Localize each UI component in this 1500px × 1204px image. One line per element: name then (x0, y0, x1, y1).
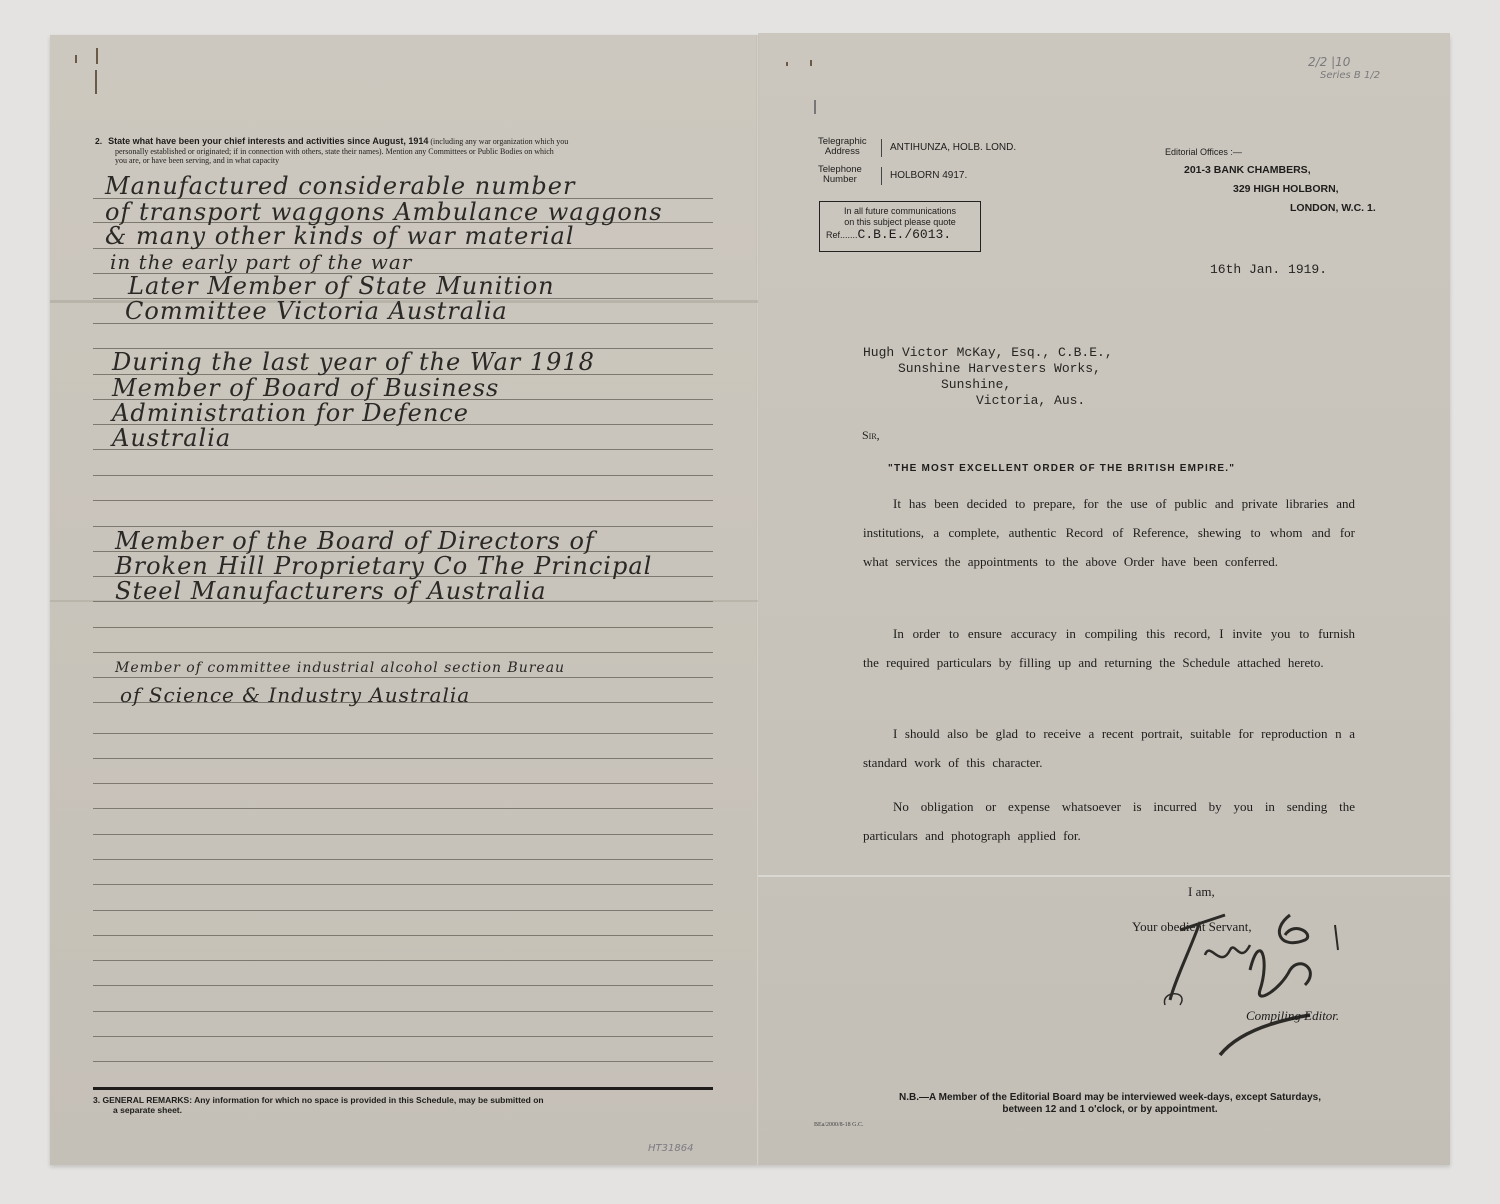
telegraphic-label: Telegraphic Address (818, 137, 867, 157)
addressee-line: Sunshine Harvesters Works, (898, 361, 1101, 376)
staple-mark (95, 70, 97, 94)
question-text: you are, or have been serving, and in wh… (95, 156, 715, 166)
label-line: Number (818, 175, 862, 185)
ref-instruction: In all future communications (826, 206, 974, 217)
nb-line: N.B.—A Member of the Editorial Board may… (830, 1092, 1390, 1104)
handwritten-line: Member of committee industrial alcohol s… (115, 660, 565, 676)
handwritten-line: of Science & Industry Australia (120, 683, 470, 707)
brace-divider (881, 167, 882, 185)
nb-notice: N.B.—A Member of the Editorial Board may… (830, 1092, 1390, 1116)
ref-label: Ref....... (826, 230, 858, 240)
handwritten-line: in the early part of the war (110, 250, 412, 274)
telephone-number: HOLBORN 4917. (890, 170, 967, 181)
nb-line: between 12 and 1 o'clock, or by appointm… (830, 1104, 1390, 1116)
staple-mark (810, 60, 812, 66)
letter-paragraph: In order to ensure accuracy in compiling… (863, 619, 1355, 677)
catalog-number: HT31864 (648, 1143, 693, 1154)
paragraph-text: In order to ensure accuracy in compiling… (863, 619, 1355, 677)
archive-note-line: 2/2 |10 (1300, 55, 1380, 69)
section-divider (93, 1087, 713, 1090)
reference-box: In all future communications on this sub… (819, 201, 981, 252)
addressee-line: Sunshine, (941, 377, 1011, 392)
question-2: 2.State what have been your chief intere… (95, 137, 715, 166)
handwritten-line: Administration for Defence (112, 399, 469, 427)
handwritten-line: Later Member of State Munition (128, 272, 555, 300)
question-heading: GENERAL REMARKS: (102, 1095, 192, 1105)
staple-mark (786, 62, 788, 66)
handwritten-line: Steel Manufacturers of Australia (115, 577, 547, 605)
brace-divider (881, 139, 882, 157)
question-heading: State what have been your chief interest… (108, 136, 428, 146)
handwritten-line: Member of the Board of Directors of (115, 527, 595, 555)
ref-line: Ref.......C.B.E./6013. (826, 229, 974, 241)
handwritten-line: Broken Hill Proprietary Co The Principal (115, 552, 652, 580)
telephone-label: Telephone Number (818, 165, 862, 185)
question-number: 2. (95, 136, 102, 146)
editorial-offices-label: Editorial Offices :— (1165, 147, 1242, 157)
handwritten-line: During the last year of the War 1918 (112, 348, 595, 376)
paragraph-text: I should also be glad to receive a recen… (863, 719, 1355, 777)
question-3: 3. GENERAL REMARKS: Any information for … (93, 1095, 718, 1115)
question-text: personally established or originated; if… (95, 147, 715, 157)
signatory-title: Compiling Editor. (1246, 1008, 1339, 1024)
office-address-line: 329 HIGH HOLBORN, (1233, 183, 1339, 195)
letter-paragraph: It has been decided to prepare, for the … (863, 489, 1355, 576)
letter-paragraph: No obligation or expense whatsoever is i… (863, 792, 1355, 850)
question-text: Any information for which no space is pr… (194, 1095, 544, 1105)
signature (1150, 910, 1350, 1060)
archive-note: 2/2 |10 Series B 1/2 (1300, 55, 1380, 83)
archive-note-line: Series B 1/2 (1300, 69, 1380, 83)
handwritten-line: Manufactured considerable number (105, 172, 575, 200)
handwritten-line: Committee Victoria Australia (125, 297, 508, 325)
telegraphic-address: ANTIHUNZA, HOLB. LOND. (890, 142, 1016, 153)
closing-line: I am, (1188, 884, 1215, 900)
horizontal-crease (758, 875, 1450, 877)
order-title: "THE MOST EXCELLENT ORDER OF THE BRITISH… (888, 463, 1235, 474)
question-text: (including any war organization which yo… (430, 137, 568, 146)
letter-date: 16th Jan. 1919. (1210, 262, 1327, 277)
addressee-line: Victoria, Aus. (976, 393, 1085, 408)
addressee-line: Hugh Victor McKay, Esq., C.B.E., (863, 345, 1113, 360)
staple-mark (814, 100, 816, 114)
office-address-line: 201-3 BANK CHAMBERS, (1184, 164, 1311, 176)
handwritten-line: & many other kinds of war material (105, 222, 575, 250)
staple-mark (75, 55, 77, 63)
paragraph-text: It has been decided to prepare, for the … (863, 489, 1355, 576)
question-number: 3. (93, 1095, 100, 1105)
salutation: Sir, (862, 428, 880, 443)
office-address-line: LONDON, W.C. 1. (1290, 202, 1376, 214)
handwritten-line: Member of Board of Business (112, 374, 499, 402)
handwritten-line: Australia (112, 424, 231, 452)
letter-paragraph: I should also be glad to receive a recen… (863, 719, 1355, 777)
print-code: BEa/2000/8-18 G.C. (814, 1122, 864, 1128)
ref-value: C.B.E./6013. (858, 227, 952, 242)
staple-mark (96, 48, 98, 64)
label-line: Address (818, 147, 867, 157)
question-text: a separate sheet. (93, 1105, 718, 1115)
paragraph-text: No obligation or expense whatsoever is i… (863, 792, 1355, 850)
